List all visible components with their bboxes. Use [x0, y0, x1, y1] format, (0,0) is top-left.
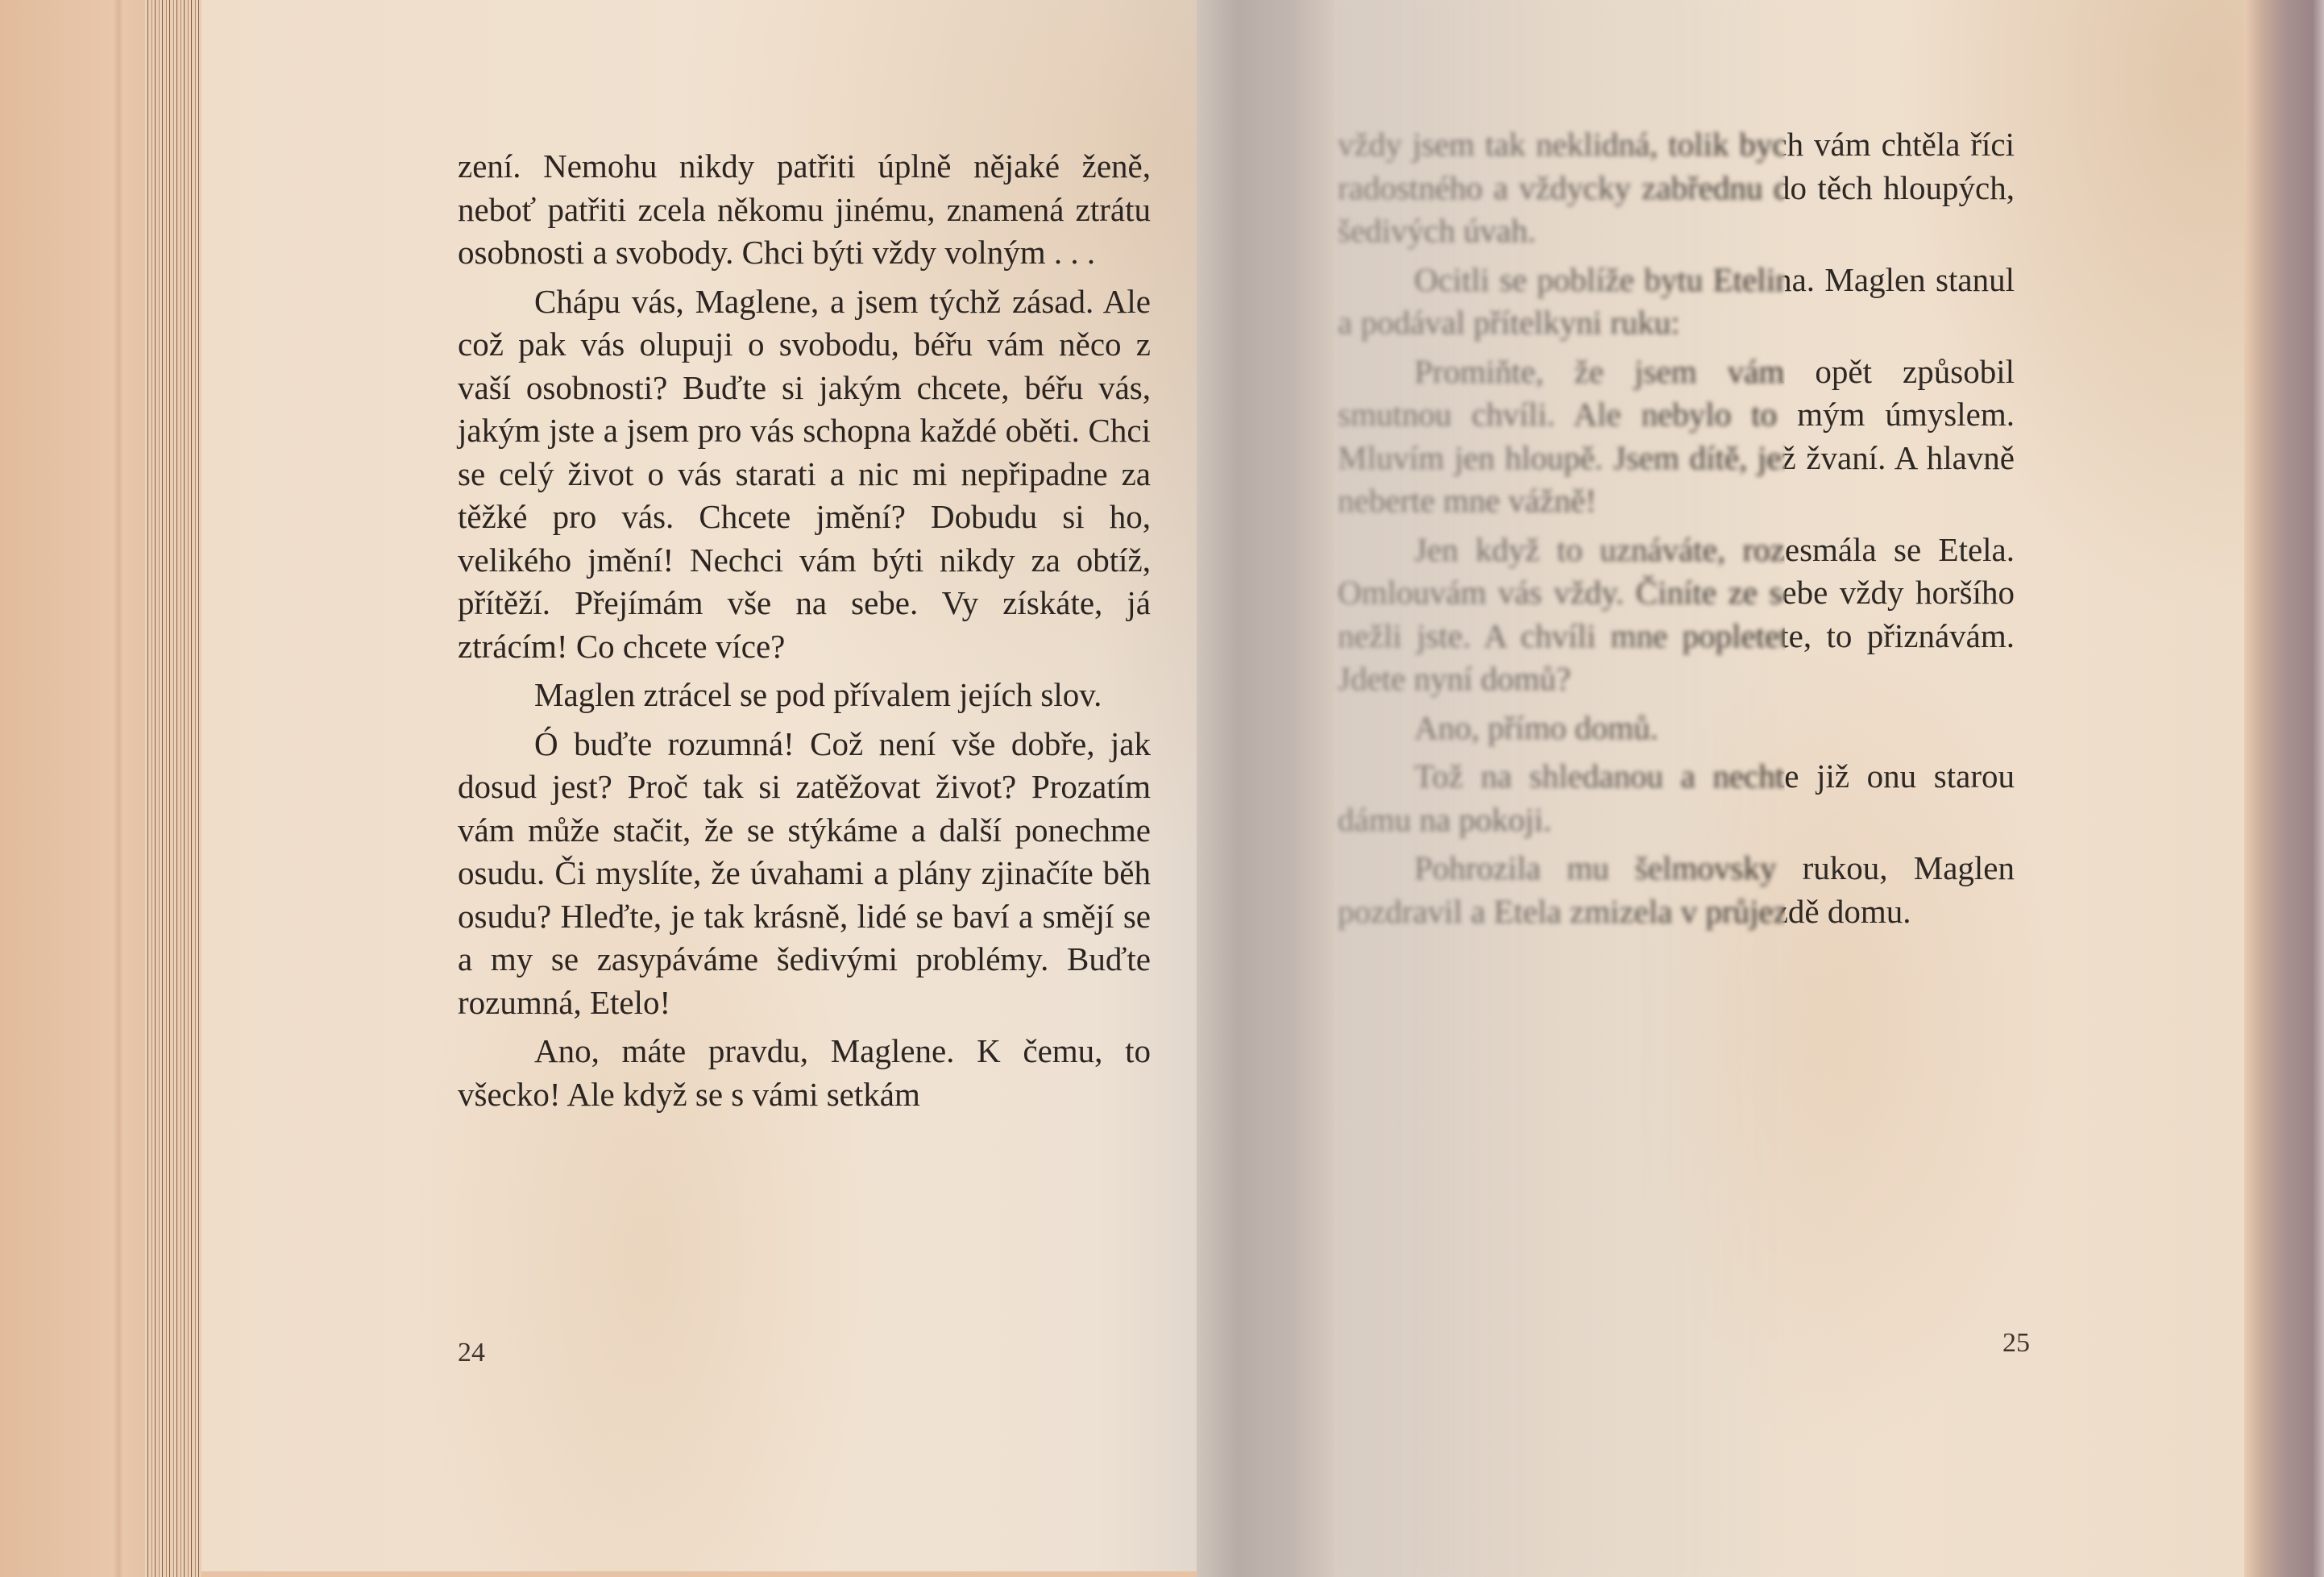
paragraph: Ocitli se poblíže bytu Etelina. Maglen s… [1338, 259, 2015, 345]
right-page-text: vždy jsem tak neklidná, tolik bych vám c… [1338, 123, 2015, 939]
paragraph: zení. Nemohu nikdy patřiti úplně nějaké … [458, 145, 1151, 275]
paragraph: vždy jsem tak neklidná, tolik bych vám c… [1338, 123, 2015, 253]
paragraph: Ano, přímo domů. [1338, 707, 2015, 750]
paragraph: Promiňte, že jsem vám opět způsobil smut… [1338, 351, 2015, 523]
paragraph: Pohrozila mu šelmovsky rukou, Maglen poz… [1338, 847, 2015, 933]
book-page-edges [145, 0, 201, 1577]
book-gutter [1197, 0, 1334, 1577]
paragraph: Ano, máte pravdu, Maglene. K čemu, to vš… [458, 1030, 1151, 1116]
page-number-right: 25 [2002, 1328, 2030, 1359]
paragraph: Tož na shledanou a nechte již onu starou… [1338, 755, 2015, 841]
page-number-left: 24 [458, 1338, 485, 1368]
paragraph: Ó buďte rozumná! Což není vše dobře, jak… [458, 723, 1151, 1025]
paragraph: Maglen ztrácel se pod přívalem jejích sl… [458, 674, 1151, 717]
paragraph: Jen když to uznáváte, rozesmála se Etela… [1338, 529, 2015, 701]
right-cover-edge [2244, 0, 2324, 1577]
left-page-bottom-edge [201, 1571, 1197, 1577]
paragraph: Chápu vás, Maglene, a jsem týchž zásad. … [458, 280, 1151, 669]
left-page-text: zení. Nemohu nikdy patřiti úplně nějaké … [458, 145, 1151, 1122]
